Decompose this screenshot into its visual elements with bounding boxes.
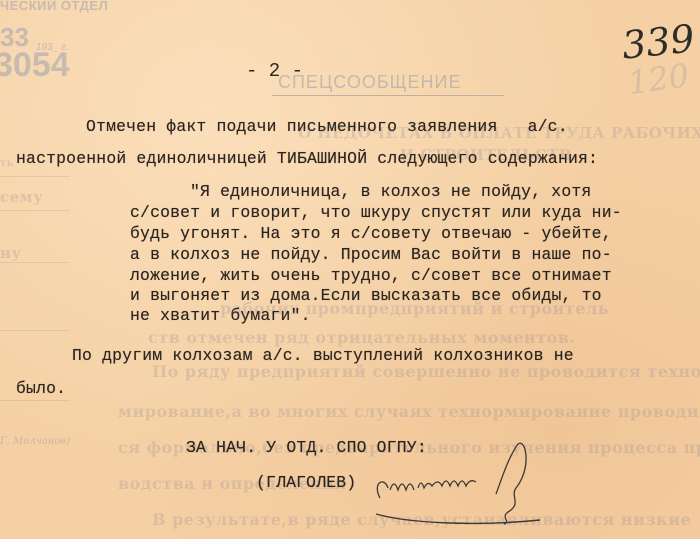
bleed-through-line: мирование,а во многих случаях технормиро… [118,402,699,421]
margin-ghost-text: сему [0,188,43,206]
registry-stamp-department: ЧЕСКИЙ ОТДЕЛ [0,0,108,13]
margin-ghost-text: ть [0,158,14,169]
quote-line: с/совет и говорит, что шкуру спустят или… [130,203,622,222]
document-page: ЧЕСКИЙ ОТДЕЛ 33 193_ г. 3054 О НЕДОЧЕТАХ… [0,0,700,539]
signatory-name: (ГЛАГОЛЕВ) [256,473,356,492]
quote-line: не хватит бумаги". [130,306,311,325]
margin-note: Г. Молчанов) [0,436,70,447]
paragraph-line: было. [16,379,66,398]
quote-line: будь угонят. На это я с/совету отвечаю -… [130,224,612,243]
document-type-header: СПЕЦСООБЩЕНИЕ [278,72,462,93]
paragraph-line: Отмечен факт подачи письменного заявлени… [86,117,568,136]
quote-line: и выгоняет из дома.Если высказать все об… [130,286,602,305]
header-underline [272,95,504,96]
handwritten-signature [372,438,542,528]
quote-line: "Я единоличница, в колхоз не пойду, хотя [190,182,591,201]
handwritten-folio-number: 339 [620,16,697,67]
paragraph-line: По другим колхозам а/с. выступлений колх… [72,346,574,365]
margin-ghost-text: ну [0,244,22,262]
quote-line: ложение, жить очень трудно, с/совет все … [130,266,612,285]
registry-stamp-number: 3054 [0,46,70,85]
quote-line: а в колхоз не пойду. Просим Вас войти в … [130,245,612,264]
bleed-through-line: ств отмечен ряд отрицательных моментов. [148,328,575,347]
paragraph-line: настроенной единоличницей ТИБАШИНОЙ след… [16,149,598,168]
